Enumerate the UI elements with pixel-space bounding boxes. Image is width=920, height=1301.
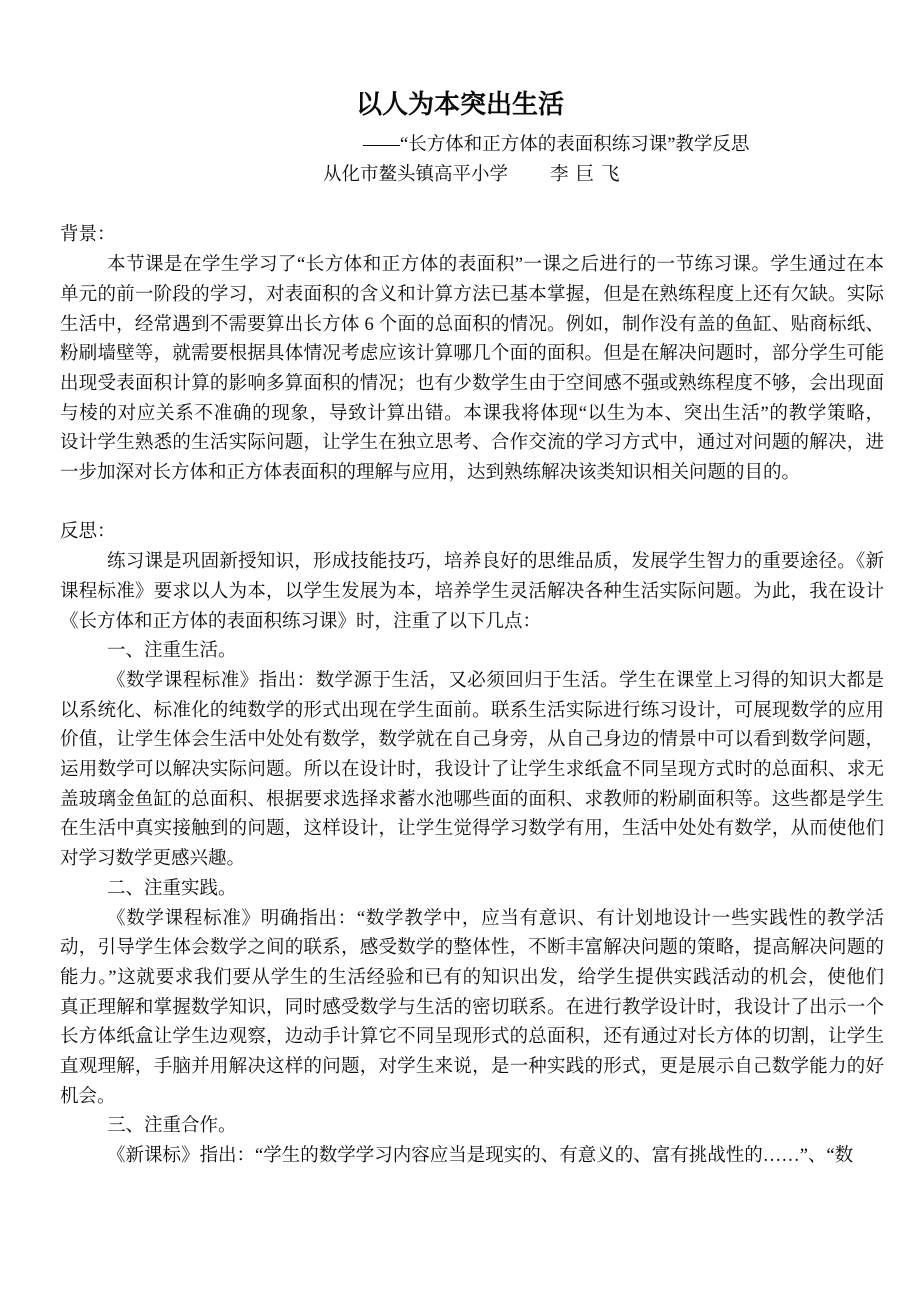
point-heading: 二、注重实践。 xyxy=(60,875,884,905)
text-line: 对学习数学更感兴趣。 xyxy=(60,845,884,875)
text-line: 动，引导学生体会数学之间的联系，感受数学的整体性，不断丰富解决问题的策略，提高解… xyxy=(60,934,884,964)
text-line: 单元的前一阶段的学习，对表面积的含义和计算方法已基本掌握，但是在熟练程度上还有欠… xyxy=(60,281,884,311)
text-line: 直观理解，手脑并用解决这样的问题，对学生来说，是一种实践的形式，更是展示自己数学… xyxy=(60,1053,884,1083)
text-line: 能力。”这就要求我们要从学生的生活经验和已有的知识出发，给学生提供实践活动的机会… xyxy=(60,964,884,994)
section-label: 反思： xyxy=(60,518,884,548)
section: 反思：练习课是巩固新授知识，形成技能技巧，培养良好的思维品质，发展学生智力的重要… xyxy=(60,518,884,1171)
section: 背景：本节课是在学生学习了“长方体和正方体的表面积”一课之后进行的一节练习课。学… xyxy=(60,221,884,488)
text-line: 真正理解和掌握数学知识，同时感受数学与生活的密切联系。在进行教学设计时，我设计了… xyxy=(60,994,884,1024)
text-line: 盖玻璃金鱼缸的总面积、根据要求选择求蓄水池哪些面的面积、求教师的粉刷面积等。这些… xyxy=(60,786,884,816)
document-page: 以人为本突出生活 ——“长方体和正方体的表面积练习课”教学反思 从化市鳌头镇高平… xyxy=(0,0,920,1301)
text-line: 出现受表面积计算的影响多算面积的情况；也有少数学生由于空间感不强或熟练程度不够，… xyxy=(60,370,884,400)
section-label: 背景： xyxy=(60,221,884,251)
text-line: 课程标准》要求以人为本，以学生发展为本，培养学生灵活解决各种生活实际问题。为此，… xyxy=(60,578,884,608)
text-line: 长方体纸盒让学生边观察，边动手计算它不同呈现形式的总面积，还有通过对长方体的切割… xyxy=(60,1023,884,1053)
text-line: 运用数学可以解决实际问题。所以在设计时，我设计了让学生求纸盒不同呈现方式时的总面… xyxy=(60,756,884,786)
author-name: 李巨飞 xyxy=(550,165,627,185)
text-line: 《长方体和正方体的表面积练习课》时，注重了以下几点： xyxy=(60,608,884,638)
document-title: 以人为本突出生活 xyxy=(0,86,920,122)
text-line: 粉刷墙壁等，就需要根据具体情况考虑应该计算哪几个面的面积。但是在解决问题时，部分… xyxy=(60,340,884,370)
text-line: 《新课标》指出：“学生的数学学习内容应当是现实的、有意义的、富有挑战性的……”、… xyxy=(60,1142,884,1172)
point-heading: 三、注重合作。 xyxy=(60,1112,884,1142)
text-line: 价值，让学生体会生活中处处有数学，数学就在自己身旁，从自己身边的情景中可以看到数… xyxy=(60,726,884,756)
text-line: 以系统化、标准化的纯数学的形式出现在学生面前。联系生活实际进行练习设计，可展现数… xyxy=(60,697,884,727)
text-line: 练习课是巩固新授知识，形成技能技巧，培养良好的思维品质，发展学生智力的重要途径。… xyxy=(60,548,884,578)
text-line: 一步加深对长方体和正方体表面积的理解与应用，达到熟练解决该类知识相关问题的目的。 xyxy=(60,459,884,489)
text-line: 《数学课程标准》指出：数学源于生活，又必须回归于生活。学生在课堂上习得的知识大都… xyxy=(60,667,884,697)
text-line: 设计学生熟悉的生活实际问题，让学生在独立思考、合作交流的学习方式中，通过对问题的… xyxy=(60,429,884,459)
text-line: 与棱的对应关系不准确的现象，导致计算出错。本课我将体现“以生为本、突出生活”的教… xyxy=(60,400,884,430)
school-name: 从化市鳌头镇高平小学 xyxy=(323,165,508,185)
point-heading: 一、注重生活。 xyxy=(60,637,884,667)
text-line: 机会。 xyxy=(60,1083,884,1113)
document-subtitle: ——“长方体和正方体的表面积练习课”教学反思 xyxy=(60,131,884,161)
text-line: 生活中，经常遇到不需要算出长方体 6 个面的总面积的情况。例如，制作没有盖的鱼缸… xyxy=(60,311,884,341)
document-body: 背景：本节课是在学生学习了“长方体和正方体的表面积”一课之后进行的一节练习课。学… xyxy=(60,221,884,1171)
text-line: 在生活中真实接触到的问题，这样设计，让学生觉得学习数学有用，生活中处处有数学，从… xyxy=(60,815,884,845)
byline: 从化市鳌头镇高平小学李巨飞 xyxy=(60,161,884,191)
text-line: 《数学课程标准》明确指出：“数学教学中，应当有意识、有计划地设计一些实践性的教学… xyxy=(60,905,884,935)
text-line: 本节课是在学生学习了“长方体和正方体的表面积”一课之后进行的一节练习课。学生通过… xyxy=(60,251,884,281)
